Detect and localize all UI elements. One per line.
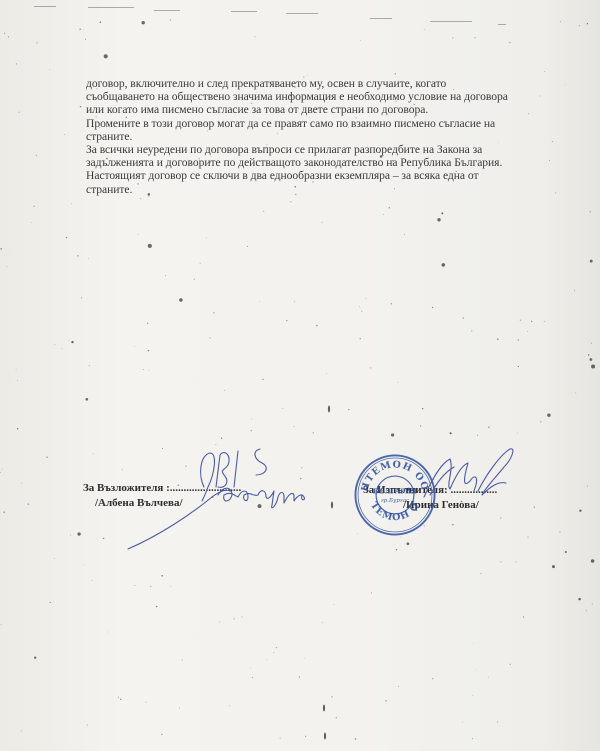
body-line: договор, включително и след прекратяване… — [86, 77, 528, 90]
body-line: съобщаването на обществено значима инфор… — [86, 90, 528, 103]
contracting-party-name: /Албена Вълчева/ — [95, 497, 183, 509]
company-stamp: АНТЕМОН ООД АНТЕМОН ООД БЪЛГАРИЯ гр.Бург… — [352, 452, 438, 538]
body-line: задълженията и договорите по действащото… — [86, 156, 528, 169]
stamp-city: гр.Бургас — [381, 498, 410, 504]
contracting-party-signature-label: За Възложителя :........................… — [83, 482, 241, 494]
document-page: договор, включително и след прекратяване… — [0, 0, 600, 751]
body-line: Промените в този договор могат да се пра… — [86, 117, 528, 130]
body-line: или когато има писмено съгласие за това … — [86, 103, 528, 116]
body-line: Настоящият договор се сключи в два едноо… — [86, 169, 528, 182]
stamp-country: БЪЛГАРИЯ — [373, 487, 417, 495]
body-line: страните. — [86, 130, 528, 143]
body-line: За всички неуредени по договора въпроси … — [86, 143, 528, 156]
contract-body-text: договор, включително и след прекратяване… — [88, 77, 528, 196]
body-line: страните. — [86, 183, 528, 196]
